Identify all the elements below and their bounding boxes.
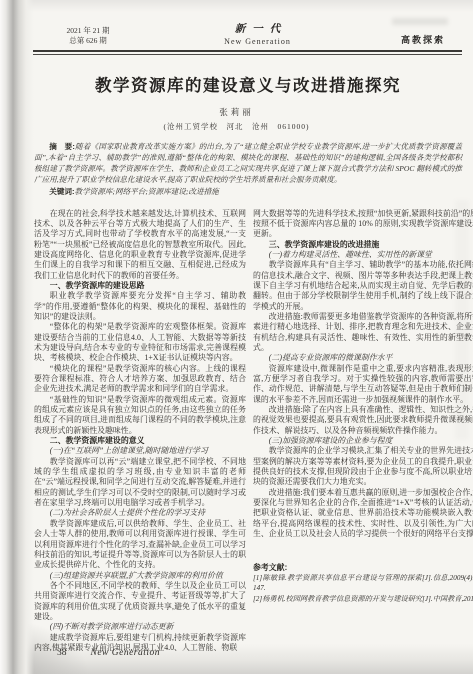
subsection-heading: (三)组建资源共享联盟,扩大教学资源库的利用价值 <box>34 571 246 581</box>
subsection-heading: (一)着力构建灵活性、趣味性、实用性的新课堂 <box>253 250 473 260</box>
issue-number: 2021 年 21 期 <box>44 26 132 36</box>
keywords: 关键词:教学资源库;网络平台;资源库建设;改进措施 <box>34 186 462 197</box>
body-paragraph: 改进措施:除了在内容上具有准确性、逻辑性、知识性之外,微课的视觉效果也要提高,要… <box>253 405 473 436</box>
body-paragraph: 教学资源库的企业学习模块,汇集了相关专业的世界先进技术,典型案例的解决方案等等素… <box>253 446 473 487</box>
journal-name: 新一代 New Generation <box>132 21 383 46</box>
subsection-heading: (二)提高专业资源库的微课制作水平 <box>253 353 473 363</box>
journal-name-english: New Generation <box>132 37 383 46</box>
subsection-heading: (四)不断对教学资源库进行动态更新 <box>34 622 246 632</box>
body-paragraph: “模块化的课程”是教学资源库的核心内容。上线的课程要符合课程标准、符合人才培养方… <box>34 364 246 395</box>
section-label: 高教探索 <box>383 33 463 46</box>
abstract: 摘 要:随着《国家职业教育改革实施方案》的出台,为了“建立健全职业学校专业教学资… <box>34 141 462 186</box>
author-name: 张莉丽 <box>0 106 473 118</box>
right-column: 网大数据等等的先进科学技术,按照“加快更新,紧跟科技前沿”的原则,按照不低于资源… <box>253 209 473 654</box>
body-paragraph: 各个不同地区,不同学校的教师、学生以及企业员工可以共用资源库进行交流合作、专业提… <box>34 581 246 622</box>
section-heading: 二、教学资源库建设的意义 <box>34 436 246 446</box>
reference-item: [1]陈敏锋.教学资源共享信息平台建设与管理的探索[J].信息,2009(4):… <box>253 573 473 594</box>
issue-info: 2021 年 21 期 总第 626 期 <box>44 26 132 46</box>
section-heading: 三、教学资源库建设的改进措施 <box>253 240 473 250</box>
body-paragraph: 职业教学教学资源库要充分发挥“自主学习、辅助教学”的作用,要遵循“整体化的构架、… <box>34 291 246 322</box>
footer-journal-name: New Generation <box>91 648 161 658</box>
reference-item: [2]杨勇机.校园网教育教学信息资源的开发与建设研究[J].中国教育,2011(… <box>253 594 473 605</box>
issue-total: 总第 626 期 <box>44 36 132 46</box>
body-paragraph: “基础性的知识”是教学资源库的微观组成元素。资源库的组成元素应该是具有独立知识点… <box>34 395 246 436</box>
body-paragraph: “整体化的构架”是教学资源库的宏观整体框架。资源库建设要结合当前的工业信息4.0… <box>34 322 246 363</box>
body-paragraph: 改进措施:教师需要更多地借鉴教学资源库的各种资源,将所需要素进行精心地选择、计划… <box>253 312 473 353</box>
page-content: 2021 年 21 期 总第 626 期 新一代 New Generation … <box>0 0 473 653</box>
article-title: 教学资源库的建设意义与改进措施探究 <box>34 72 462 96</box>
body-paragraph: 教学资源库建成后,可以供给教师、学生、企业员工、社会人士等人群的使用,教师可以利… <box>34 519 246 571</box>
scanned-page: 2021 年 21 期 总第 626 期 新一代 New Generation … <box>0 0 473 674</box>
page-footer: 38New Generation <box>0 648 160 658</box>
header-rule-thick <box>33 50 462 52</box>
abstract-text: 随着《国家职业教育改革实施方案》的出台,为了“建立健全职业学校专业教学资源库,进… <box>34 142 462 185</box>
keywords-label: 关键词: <box>49 187 74 196</box>
subsection-heading: (二)为社会各阶层人士提供个性化的学习支持 <box>34 508 246 518</box>
body-paragraph: 资源库建设中,微课制作是重中之重,要求内容精准,表现形式丰富,方便学习者自我学习… <box>253 364 473 405</box>
article-body: 在现在的社会,科学技术越来越发达,计算机技术、互联网技术、以及各种云平台等方式极… <box>34 209 473 654</box>
keywords-text: 教学资源库;网络平台;资源库建设;改进措施 <box>75 187 219 196</box>
page-number: 38 <box>57 648 67 658</box>
references-heading: 参考文献: <box>253 563 473 573</box>
abstract-label: 摘 要: <box>49 142 75 151</box>
author-affiliation: (沧州工贸学校 河北 沧州 061000) <box>0 121 473 132</box>
section-heading: 一、教学资源库的建设思路 <box>34 281 246 291</box>
subsection-heading: (一)在“互联网”上创建课堂,随时随地进行学习 <box>34 446 246 456</box>
body-paragraph: 教学资源库具有“自主学习、辅助教学”的基本功能,依托网络化的信息技术,融合文字、… <box>253 260 473 312</box>
body-paragraph: 在现在的社会,科学技术越来越发达,计算机技术、互联网技术、以及各种云平台等方式极… <box>34 209 246 281</box>
journal-header: 2021 年 21 期 总第 626 期 新一代 New Generation … <box>34 21 463 46</box>
left-column: 在现在的社会,科学技术越来越发达,计算机技术、互联网技术、以及各种云平台等方式极… <box>34 209 246 654</box>
subsection-heading: (三)加强资源库建设的企业参与程度 <box>253 436 473 446</box>
body-paragraph: 改进措施:我们要本着互惠共赢的原则,进一步加强校企合作,尤其要深化与世界知名企业… <box>253 488 473 540</box>
header-rule-thin <box>33 54 462 55</box>
journal-name-chinese: 新一代 <box>132 21 383 36</box>
body-paragraph-continued: 网大数据等等的先进科学技术,按照“加快更新,紧跟科技前沿”的原则,按照不低于资源… <box>253 209 473 240</box>
body-paragraph: 教学资源库可以再“云”端建立课堂,把不同学校、不同地域的学生组成虚拟的学习班级,… <box>34 457 246 509</box>
